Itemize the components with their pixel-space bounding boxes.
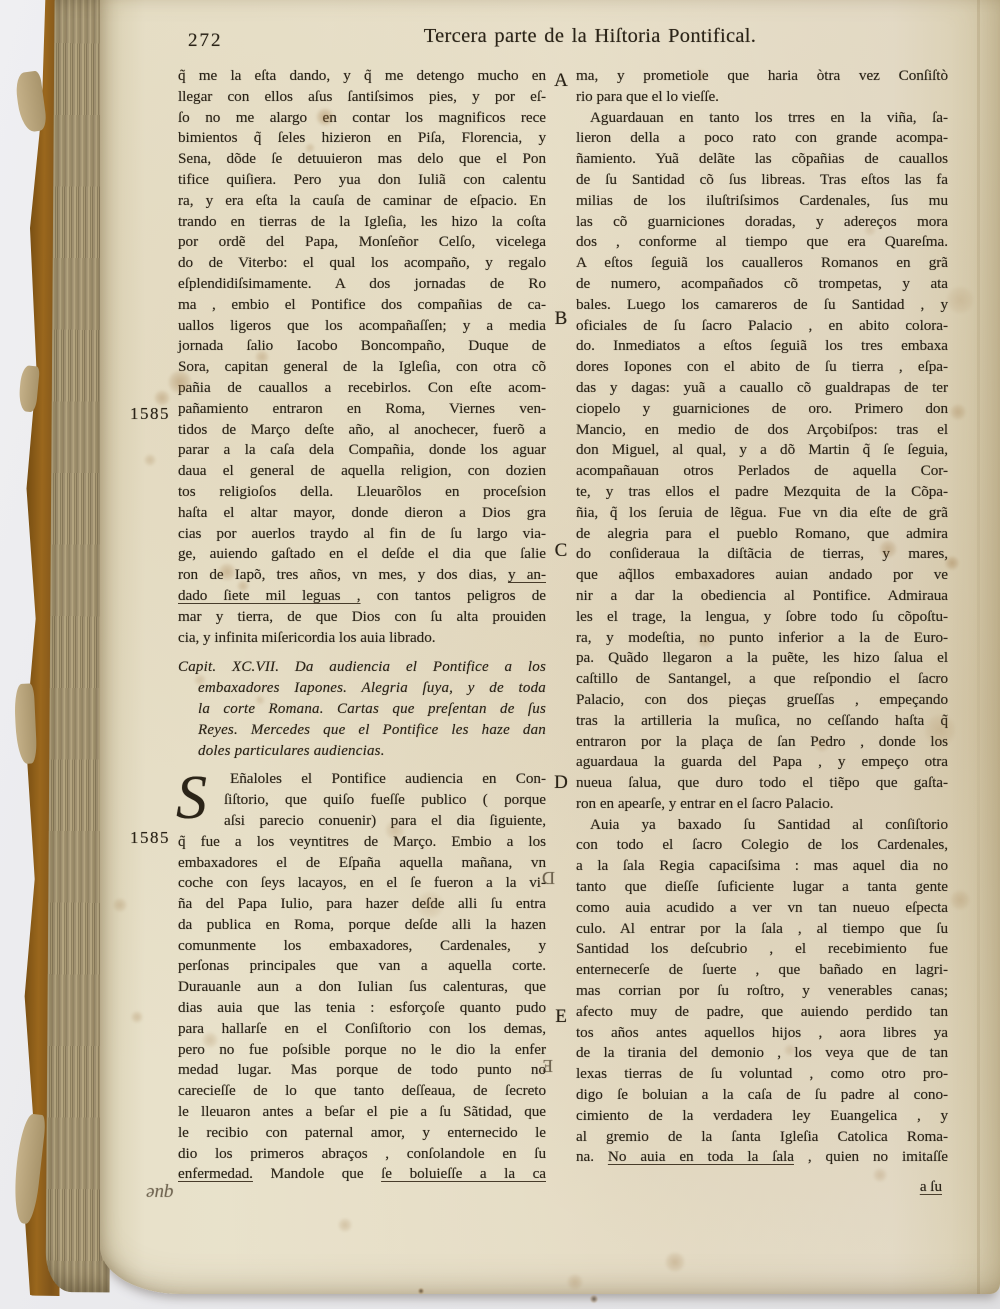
text-line: acompañauan otros Perlados de aquella Co… [576, 461, 948, 482]
text-line: ma , embio el Pontifice dos compañias de… [178, 295, 546, 316]
text-line: afecto muy de padre, que auiendo perdido… [576, 1002, 948, 1023]
text-line: de ſu Santidad cõ ſus libreas. Tras eſto… [576, 170, 948, 191]
text-line: les el trage, la lengua, y ſobre todo ſu… [576, 607, 948, 628]
text-line: dos , conforme al tiempo que era Quareſm… [576, 232, 948, 253]
foxing-spot [144, 454, 156, 466]
drop-cap-initial: S [176, 769, 207, 827]
text-line: Sena, dõde ſe detuuieron mas delo que el… [178, 149, 546, 170]
gutter-letter-b: B [548, 308, 574, 330]
text-line: Mancio, en medio de dos Arçobiſpos: tras… [576, 420, 948, 441]
text-line: ñamiento. Yuã delãte las cõpañias de cau… [576, 149, 948, 170]
text-line: nueua ſalua, que duro todo el tiẽpo que … [576, 773, 948, 794]
text-line: parar a la caſa dela Compañia, donde los… [178, 440, 546, 461]
text-line: dias auia que las tenia : esforçoſe quan… [178, 998, 546, 1019]
text-line: le recibio con paternal amor, y enternec… [178, 1123, 546, 1144]
text-line: ma, y prometiole que haria òtra vez Conſ… [576, 66, 948, 87]
text-line: nir a dar la obediencia al Pontifice. Ad… [576, 586, 948, 607]
text-line: ra, y era eſta la cauſa de caminar de eſ… [178, 191, 546, 212]
text-line: do conſideraua la diſtãcia de tierras, y… [576, 544, 948, 565]
text-line: haſta el altar mayor, donde dieron a Dio… [178, 503, 546, 524]
text-line: q̃ fue a los veyntitres de Março. Embio … [178, 832, 546, 853]
text-line: tifice quiſiera. Pero yua don Iuliã con … [178, 170, 546, 191]
text-line: embaxadores el de Eſpaña aquella mañana,… [178, 853, 546, 874]
text-line: enfermedad. Mandole que ſe boluieſſe a l… [178, 1164, 546, 1185]
gutter-letter-e: E [548, 1006, 574, 1028]
text-line: ron de Iapõ, tres años, vn mes, y dos di… [178, 565, 546, 586]
text-line: cia, y infinita miſericordia los auia li… [178, 628, 546, 649]
text-line: tos religioſos della. Lleuarõlos en proc… [178, 482, 546, 503]
text-line: A eſtos ſeguiã los caualleros Romanos en… [576, 253, 948, 274]
text-line: daua el general de aquella religion, con… [178, 461, 546, 482]
text-line: con todo el ſacro Colegio de los Cardena… [576, 835, 948, 856]
gutter-letter-d: D [548, 772, 574, 794]
text-line: ra, y modeſtia, no punto inferior a la d… [576, 628, 948, 649]
text-line: de alegria para el pueblo Romano, que ad… [576, 524, 948, 545]
text-line: pañamiento entraron en Roma, Viernes ven… [178, 399, 546, 420]
foxing-spot [338, 1218, 352, 1232]
text-line: ñia, q̃ los ſeruia de lẽgua. Fue vn dia … [576, 503, 948, 524]
text-line: a la ſala Regia capaciſsima : mas aquel … [576, 856, 948, 877]
book-page: 272 Tercera parte de la Hiſtoria Pontifi… [100, 0, 1000, 1294]
text-line: de numero, acompañados cõ trompetas, y a… [576, 274, 948, 295]
text-line: na. No auia en toda la ſala , quien no i… [576, 1147, 948, 1168]
text-line: que aq̃llos embaxadores auian andado por… [576, 565, 948, 586]
show-through-word: que [146, 1182, 173, 1204]
text-line: la corte Romana. Cartas que preſentan de… [198, 699, 546, 720]
text-line: te, y tras ellos el padre Mezquita de la… [576, 482, 948, 503]
text-line: perſonas principales que van a aquella c… [178, 956, 546, 977]
page-crease [977, 0, 980, 1294]
text-line: mas corrian por ſu roſtro, y venerables … [576, 981, 948, 1002]
text-line: coche con ſeys lacayos, en el ſe fueron … [178, 873, 546, 894]
text-line: tanto que dieſſe ſuficiente lugar a tant… [576, 877, 948, 898]
text-line: cias por auerlos traydo al fin de ſu lar… [178, 524, 546, 545]
text-line: pero no fue poſsible porque no le dio la… [178, 1040, 546, 1061]
text-line: entraron por la plaça de ſan Pedro , don… [576, 732, 948, 753]
right-text-column: ma, y prometiole que haria òtra vez Conſ… [576, 66, 948, 1196]
text-line: lexas tierras de ſu voluntad , como otro… [576, 1064, 948, 1085]
text-line: tos años antes aquellos hijos , aora lib… [576, 1023, 948, 1044]
text-line: ge, auiendo gaſtado en el deſde el dia q… [178, 544, 546, 565]
text-line: das y dagas: yuã a cauallo cõ gualdrapas… [576, 378, 948, 399]
text-line: ron en apearſe, y entrar en el ſacro Pal… [576, 794, 948, 815]
text-line: jornada ſalio Iacobo Boncompaño, Duque d… [178, 336, 546, 357]
text-line: le lleuaron antes a beſar el pie a ſu Sã… [178, 1102, 546, 1123]
text-line: uallos ligeros que los acompañaſſen; y a… [178, 316, 546, 337]
text-line: pa. Quãdo llegaron a la puẽte, les hizo … [576, 648, 948, 669]
foxing-spot [113, 898, 127, 912]
text-line: ciopelo y guarniciones de oro. Primero d… [576, 399, 948, 420]
text-line: Santidad los deſcubrio , el recebimiento… [576, 939, 948, 960]
text-line: embaxadores Iapones. Alegria ſuya, y de … [198, 678, 546, 699]
text-line: milias de los iluſtriſsimos Cardenales, … [576, 191, 948, 212]
text-line: dio los primeros abraços , conſolandole … [178, 1144, 546, 1165]
chapter-heading: Capit. XC.VII. Da audiencia el Pontifice… [178, 657, 546, 762]
text-line: ſo no me alargo en contar los magnificos… [178, 108, 546, 129]
text-line: por ordẽ del Papa, Monſeñor Celſo, vicel… [178, 232, 546, 253]
text-line: tras la artilleria la muſica, no ceſſand… [576, 711, 948, 732]
text-line: culo. Al entrar por la ſala , al tiempo … [576, 919, 948, 940]
foxing-spot [131, 1011, 143, 1023]
show-through-letter: E [542, 1056, 553, 1077]
text-line: comunmente los embaxadores, Cardenales, … [178, 936, 546, 957]
text-line: bales. Luego los camareros de ſu Santida… [576, 295, 948, 316]
text-line: las cõ guarniciones doradas, y adereços … [576, 212, 948, 233]
text-line: al gremio de la ſanta Igleſia Catolica R… [576, 1127, 948, 1148]
text-line: ña del Papa Iulio, para hazer deſde alli… [178, 894, 546, 915]
text-line: doles particulares audiencias. [198, 741, 546, 762]
text-line: digo ſe boluian a la caſa de ſu padre al… [576, 1085, 948, 1106]
paragraph-lines: Eñaloles el Pontifice audiencia en Con-ſ… [178, 769, 546, 1185]
text-line: lieron della a poco rato con grande acom… [576, 128, 948, 149]
text-line: oficiales de ſu ſacro Palacio , en abito… [576, 316, 948, 337]
text-line: Durauanle aun a don Iulian ſus calentura… [178, 977, 546, 998]
text-line: para hallarſe en el Conſiſtorio con los … [178, 1019, 546, 1040]
foxing-spot [950, 404, 966, 420]
text-line: de la tirania del demonio , los veya que… [576, 1043, 948, 1064]
running-title: Tercera parte de la Hiſtoria Pontifical. [400, 25, 780, 48]
show-through-letter: D [542, 868, 555, 889]
text-line: do de Viterbo: el qual los acompaño, y r… [178, 253, 546, 274]
text-line: Eñaloles el Pontifice audiencia en Con- [178, 769, 546, 790]
left-text-column: q̃ me la eſta dando, y q̃ me detengo muc… [178, 66, 546, 1185]
text-line: bimientos q̃ ſeles hizieron en Piſa, Flo… [178, 128, 546, 149]
text-line: dores Iopones con el abito de ſu tierra … [576, 357, 948, 378]
text-line: carecieſſe de lo que tanto deſſeaua, de … [178, 1081, 546, 1102]
gutter-letter-a: A [548, 70, 574, 92]
text-line: q̃ me la eſta dando, y q̃ me detengo muc… [178, 66, 546, 87]
text-line: medad lugar. Mas porque de todo punto no [178, 1060, 546, 1081]
catchword: a ſu [576, 1178, 948, 1196]
text-line: tidos de Março deſte año, al anochecer, … [178, 420, 546, 441]
text-line: pañia de cauallos a recebirlos. Con eſte… [178, 378, 546, 399]
text-line: rio para que el lo vieſſe. [576, 87, 948, 108]
page-edge-flap [14, 70, 48, 133]
text-line: Auia ya baxado ſu Santidad al conſiſtori… [576, 815, 948, 836]
text-line: Palacio, con dos pieças grueſſas , empeç… [576, 690, 948, 711]
text-line: Capit. XC.VII. Da audiencia el Pontifice… [178, 657, 546, 678]
foxing-spot [418, 1288, 424, 1294]
text-line: Sora, capitan general de la Igleſia, con… [178, 357, 546, 378]
paragraph: q̃ me la eſta dando, y q̃ me detengo muc… [178, 66, 546, 648]
page-edge-flap [14, 683, 38, 764]
text-line: ſiſtorio, que quiſo fueſſe publico ( por… [178, 790, 546, 811]
text-line: Reyes. Mercedes que el Pontifice les haz… [198, 720, 546, 741]
margin-year-note: 1585 [124, 828, 176, 848]
page-number: 272 [188, 30, 223, 52]
text-line: don Miguel, al qual, y a dõ Martin q̃ ſe… [576, 440, 948, 461]
text-line: eſplendidiſsimamente. A dos jornadas de … [178, 274, 546, 295]
text-line: aſsi parecio conuenir) para el dia ſigui… [178, 811, 546, 832]
paragraph: S Eñaloles el Pontifice audiencia en Con… [178, 769, 546, 1185]
text-line: caſtillo de Santangel, a que reſpondio e… [576, 669, 948, 690]
foxing-spot [665, 1252, 685, 1272]
text-line: aguardaua la guarda del Papa , y empeço … [576, 752, 948, 773]
foxing-spot [950, 890, 970, 910]
text-line: da publica en Roma, porque deſde alli la… [178, 915, 546, 936]
text-line: Aguardauan en tanto los trres en la viña… [576, 108, 948, 129]
foxing-spot [567, 1274, 583, 1290]
text-line: trando en tierras de la Igleſia, les hiz… [178, 212, 546, 233]
text-line: enternecerſe de ſuerte , que bañado en l… [576, 960, 948, 981]
text-line: mar y tierra, de que Dios con ſu alta pr… [178, 607, 546, 628]
text-line: como auia acudido a ver vn tan nueuo eſp… [576, 898, 948, 919]
margin-year-note: 1585 [124, 404, 176, 424]
paragraph-lines: ma, y prometiole que haria òtra vez Conſ… [576, 66, 948, 1168]
foxing-spot [946, 286, 974, 314]
text-line: cimiento de la verdadera ley Euangelica … [576, 1106, 948, 1127]
text-line: llegar con ellos aſus ſantiſsimos pies, … [178, 87, 546, 108]
gutter-letter-c: C [548, 540, 574, 562]
text-line: dado ſiete mil leguas , con tantos pelig… [178, 586, 546, 607]
text-line: do. Inmediatos a eſtos ſeguiã los tres e… [576, 336, 948, 357]
